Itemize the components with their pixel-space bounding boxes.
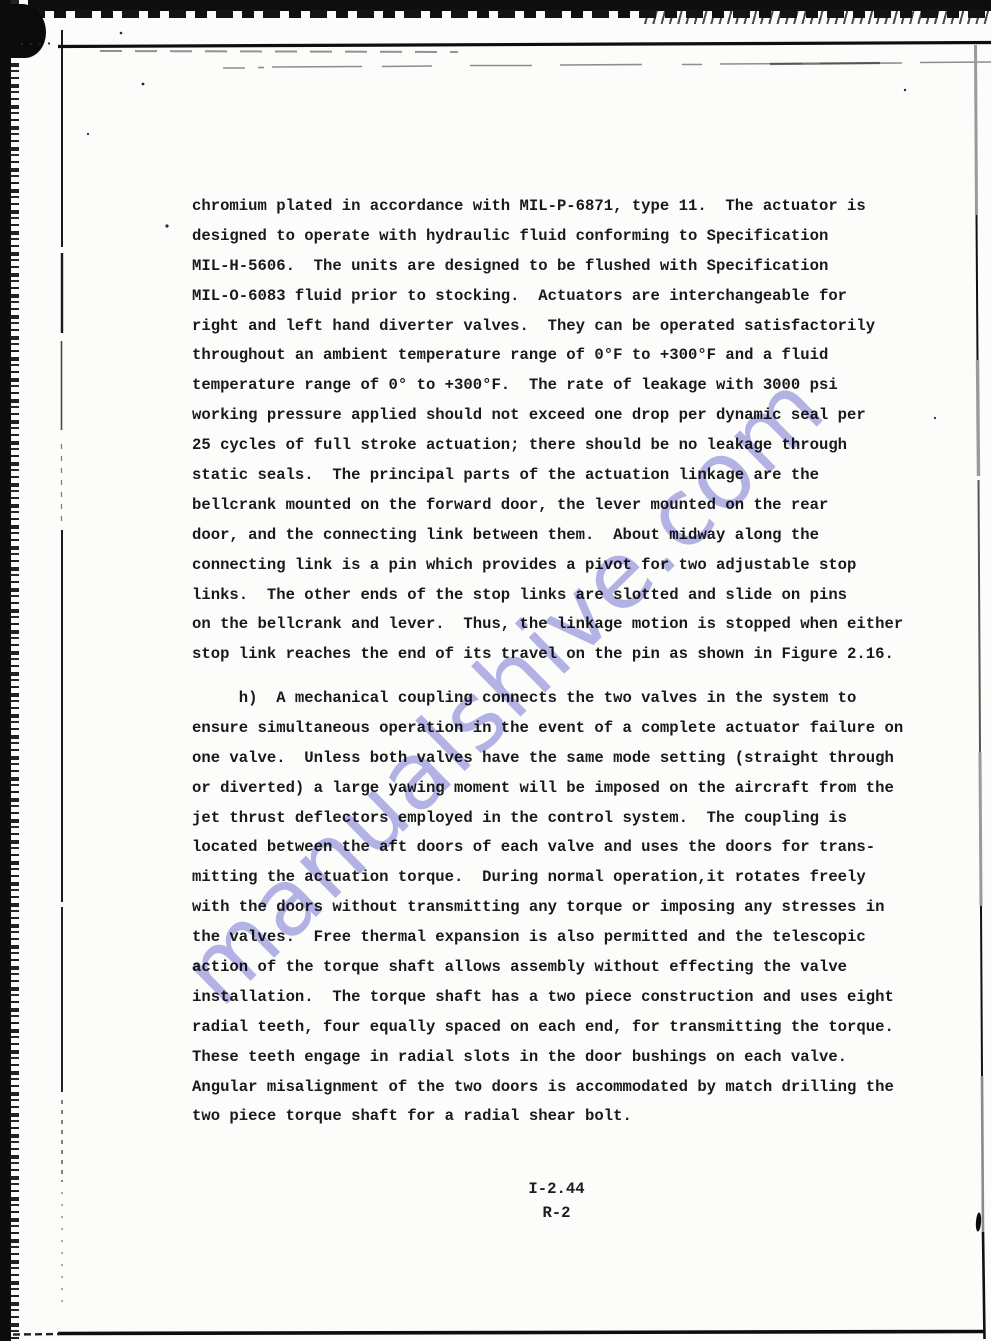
dashed-line-dark-segment (770, 63, 880, 64)
ink-blob-right-margin (975, 1212, 982, 1231)
ruled-line-top-fuzz (100, 51, 458, 52)
scanned-manual-page: chromium plated in accordance with MIL-P… (0, 0, 991, 1341)
left-margin-line (62, 30, 63, 1302)
right-margin-line (976, 45, 985, 1339)
bottom-rule (58, 1332, 985, 1334)
ruled-line-top (58, 43, 991, 47)
ruled-line-left-dots (21, 42, 50, 45)
scan-specks (87, 32, 936, 419)
scan-line-marks (0, 0, 991, 1341)
bottom-rule-dotted-start (13, 1334, 60, 1335)
